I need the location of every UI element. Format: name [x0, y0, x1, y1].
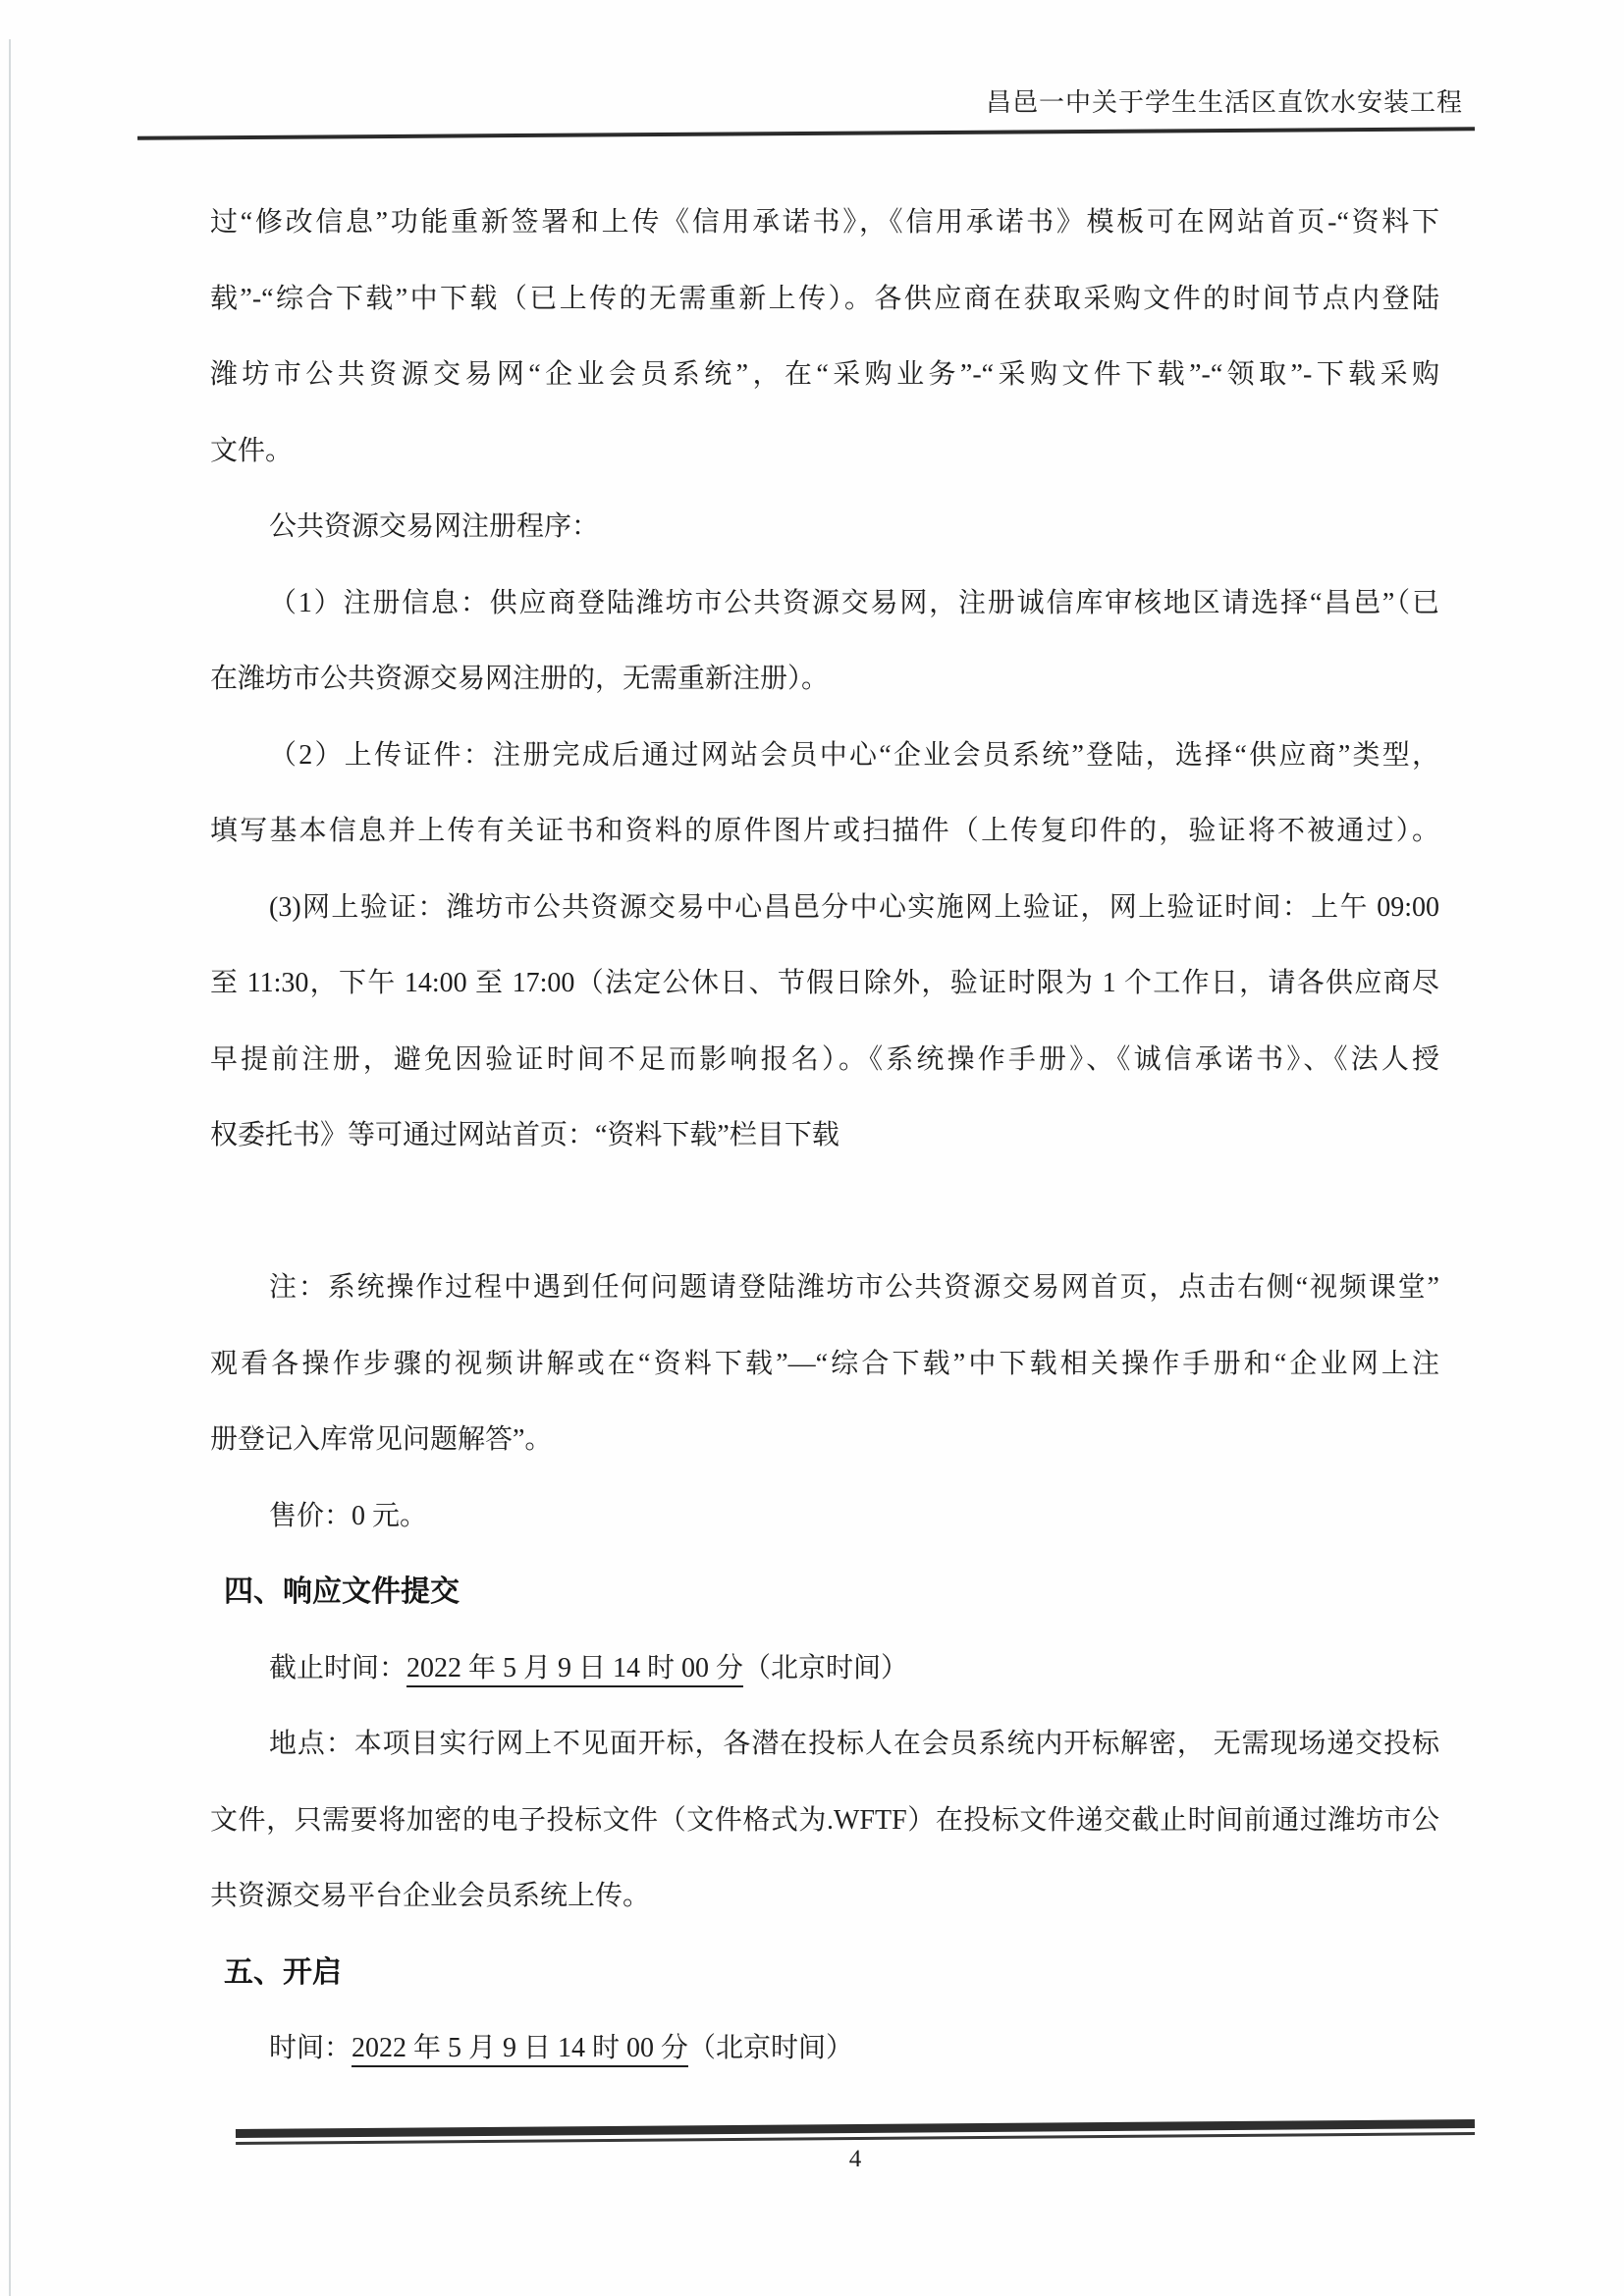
opening-time-label: 时间：: [269, 2033, 352, 2063]
document-line-step-1: （1）注册信息：供应商登陆潍坊市公共资源交易网，注册诚信库审核地区请选择“昌邑”…: [210, 565, 1439, 642]
document-body: 过“修改信息”功能重新签署和上传《信用承诺书》，《信用承诺书》模板可在网站首页-…: [210, 185, 1439, 2087]
document-line: 载”-“综合下载”中下载（已上传的无需重新上传）。各供应商在获取采购文件的时间节…: [210, 261, 1439, 338]
document-blank-line: [210, 1174, 1439, 1251]
document-line-step-3: (3)网上验证：潍坊市公共资源交易中心昌邑分中心实施网上验证，网上验证时间：上午…: [210, 870, 1439, 946]
deadline-timezone: （北京时间）: [743, 1653, 908, 1683]
document-line: 观看各操作步骤的视频讲解或在“资料下载”—“综合下载”中下载相关操作手册和“企业…: [210, 1326, 1439, 1403]
document-line: 文件，只需要将加密的电子投标文件（文件格式为.WFTF）在投标文件递交截止时间前…: [210, 1783, 1439, 1859]
deadline-date-underlined: 2022 年 5 月 9 日 14 时 00 分: [406, 1653, 743, 1687]
page-number: 4: [236, 2146, 1475, 2173]
deadline-label: 截止时间：: [269, 1653, 406, 1683]
opening-date-underlined: 2022 年 5 月 9 日 14 时 00 分: [352, 2033, 688, 2067]
document-line-price: 售价：0 元。: [210, 1478, 1439, 1555]
running-header-title: 昌邑一中关于学生生活区直饮水安装工程: [986, 82, 1463, 119]
document-line: 在潍坊市公共资源交易网注册的，无需重新注册）。: [210, 641, 1439, 718]
document-line: 潍坊市公共资源交易网“企业会员系统”，在“采购业务”-“采购文件下载”-“领取”…: [210, 337, 1439, 413]
document-line: 册登记入库常见问题解答”。: [210, 1402, 1439, 1478]
scanned-document-page: 昌邑一中关于学生生活区直饮水安装工程 过“修改信息”功能重新签署和上传《信用承诺…: [0, 0, 1624, 2296]
header-rule: [137, 127, 1475, 140]
section-heading-4-response-submission: 四、响应文件提交: [210, 1554, 1439, 1630]
document-line-registration-procedure: 公共资源交易网注册程序：: [210, 489, 1439, 565]
document-line-note: 注：系统操作过程中遇到任何问题请登陆潍坊市公共资源交易网首页，点击右侧“视频课堂…: [210, 1250, 1439, 1326]
document-line: 填写基本信息并上传有关证书和资料的原件图片或扫描件（上传复印件的，验证将不被通过…: [210, 793, 1439, 870]
document-line-step-2: （2）上传证件：注册完成后通过网站会员中心“企业会员系统”登陆，选择“供应商”类…: [210, 718, 1439, 794]
document-line: 权委托书》等可通过网站首页：“资料下载”栏目下载: [210, 1097, 1439, 1174]
section-heading-5-opening: 五、开启: [210, 1935, 1439, 2011]
document-line: 文件。: [210, 413, 1439, 490]
deadline-line: 截止时间：2022 年 5 月 9 日 14 时 00 分（北京时间）: [210, 1630, 1439, 1707]
document-line: 过“修改信息”功能重新签署和上传《信用承诺书》，《信用承诺书》模板可在网站首页-…: [210, 185, 1439, 261]
footer-rule: [236, 2119, 1475, 2145]
document-line: 早提前注册，避免因验证时间不足而影响报名）。《系统操作手册》、《诚信承诺书》、《…: [210, 1022, 1439, 1098]
document-line-location: 地点：本项目实行网上不见面开标，各潜在投标人在会员系统内开标解密， 无需现场递交…: [210, 1706, 1439, 1783]
document-line: 至 11:30，下午 14:00 至 17:00（法定公休日、节假日除外，验证时…: [210, 945, 1439, 1022]
document-line: 共资源交易平台企业会员系统上传。: [210, 1858, 1439, 1935]
opening-timezone: （北京时间）: [688, 2033, 853, 2063]
scan-edge-artifact: [9, 39, 11, 2296]
opening-time-line: 时间：2022 年 5 月 9 日 14 时 00 分（北京时间）: [210, 2010, 1439, 2087]
